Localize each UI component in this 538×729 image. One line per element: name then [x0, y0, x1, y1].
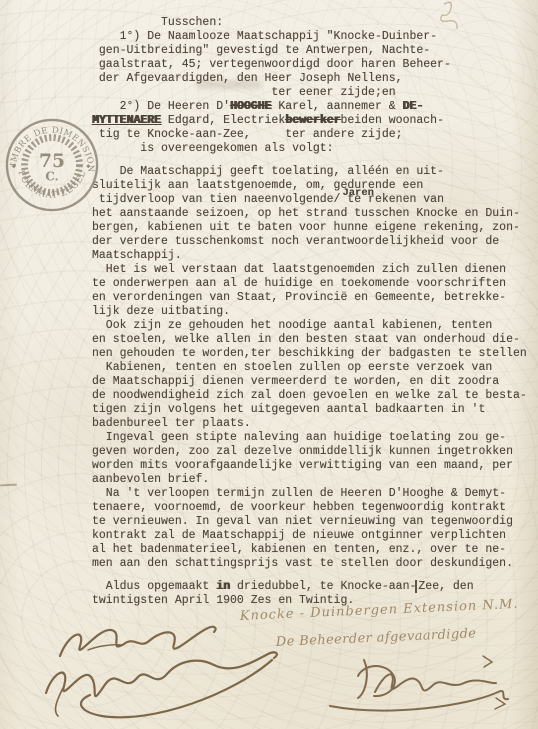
doc-line: 1°) De Naamlooze Maatschappij "Knocke-Du… — [92, 30, 538, 44]
pen-dash-left-margin — [0, 484, 17, 487]
doc-line: en stoelen, welke allen in den besten st… — [92, 333, 538, 347]
doc-line: men aan den schattingsprijs vast te stel… — [92, 557, 538, 571]
revenue-stamp: TIMBRE DE DIMENSION FORMAAT ZEGEL ◆ ◆ 75… — [3, 116, 101, 214]
document-text: Tusschen: 1°) De Naamlooze Maatschappij … — [92, 16, 538, 608]
doc-line — [92, 156, 538, 165]
signature-demyttenaere: Edg. Demyttenaere — [46, 652, 277, 717]
doc-line — [92, 571, 538, 580]
doc-line: 2°) De Heeren D'HOOGHE Karel, aannemer &… — [92, 100, 538, 114]
doc-line: der verdere tusschenkomst noch verantwoo… — [92, 235, 538, 249]
doc-line: aanbevolen brief. — [92, 473, 538, 487]
doc-line: worden mits voorafgaandelijke verwittigi… — [92, 459, 538, 473]
doc-line: Na 't verloopen termijn zullen de Heeren… — [92, 487, 538, 501]
handwritten-note-role: De Beheerder afgevaardigde — [275, 626, 477, 650]
doc-line: Het is wel verstaan dat laatstgenoemden … — [92, 263, 538, 277]
doc-line: sluitelijk aan laatstgenoemde, om, gedur… — [92, 179, 538, 193]
handwritten-note-company: Knocke - Duinbergen Extension N.M. — [239, 598, 519, 624]
doc-line: gaalstraat, 45; vertegenwoordigd door ha… — [92, 58, 538, 72]
doc-line: te onderwerpen aan al de huidige en toek… — [92, 277, 538, 291]
doc-line: geven worden, zoo zal dezelve onmiddelli… — [92, 445, 538, 459]
doc-line: tigen zijn volgens het uitgegeven aantal… — [92, 403, 538, 417]
doc-line: Kabienen, tenten en stoelen zullen op ee… — [92, 361, 538, 375]
doc-line: gen-Uitbreiding" gevestigd te Antwerpen,… — [92, 44, 538, 58]
doc-line: kontrakt zal de Maatschappij de nieuwe o… — [92, 529, 538, 543]
doc-line: Tusschen: — [92, 16, 538, 30]
signature-block: Knocke - Duinbergen Extension N.M. De Be… — [28, 598, 536, 728]
doc-line: is overeengekomen als volgt: — [92, 142, 538, 156]
doc-line: ter eener zijde;en — [92, 86, 538, 100]
doc-line: het aanstaande seizoen, op het strand tu… — [92, 207, 538, 221]
doc-line: bergen, kabienen uit te baten voor hunne… — [92, 221, 538, 235]
doc-line: de noodwendigheid zich zal doen gevoelen… — [92, 389, 538, 403]
doc-line: Ook zijn ze gehouden het noodige aantal … — [92, 319, 538, 333]
doc-line: De Maatschappij geeft toelating, alléén … — [92, 165, 538, 179]
signature-dhooghe: Ch. D'Hooghe — [60, 627, 216, 656]
doc-line: en verordeningen van Staat, Provincië en… — [92, 291, 538, 305]
doc-line: Ingeval geen stipte naleving aan huidige… — [92, 431, 538, 445]
doc-line: te vernieuwen. In geval van niet vernieu… — [92, 515, 538, 529]
signature-nellens: Nellens — [330, 656, 508, 710]
doc-line: Aldus opgemaakt in driedubbel, te Knocke… — [92, 580, 538, 594]
doc-line: tijdverloop van tien naeenvolgende/Jaren… — [92, 193, 538, 207]
doc-line: tig te Knocke-aan-Zee, ter andere zijde; — [92, 128, 538, 142]
doc-line: der Afgevaardigden, den Heer Joseph Nell… — [92, 72, 538, 86]
doc-line: al het badenmaterieel, kabienen en tente… — [92, 543, 538, 557]
scanned-contract-page: Tusschen: 1°) De Naamlooze Maatschappij … — [0, 0, 538, 729]
doc-line: tenaere, voornoemd, de voorkeur hebben t… — [92, 501, 538, 515]
doc-line: MYTTENAERE Edgard, Electriekbewerkerbeid… — [92, 114, 538, 128]
stamp-unit: C. — [45, 170, 58, 184]
doc-line: de Maatschappij dienen vermeerderd te wo… — [92, 375, 538, 389]
pen-mark-top-right — [430, 0, 466, 34]
doc-line: lijk deze uitbating. — [92, 305, 538, 319]
doc-line: nen gehouden te worden,ter beschikking d… — [92, 347, 538, 361]
doc-line: Maatschappij. — [92, 249, 538, 263]
doc-line: badenbureel ter plaats. — [92, 417, 538, 431]
